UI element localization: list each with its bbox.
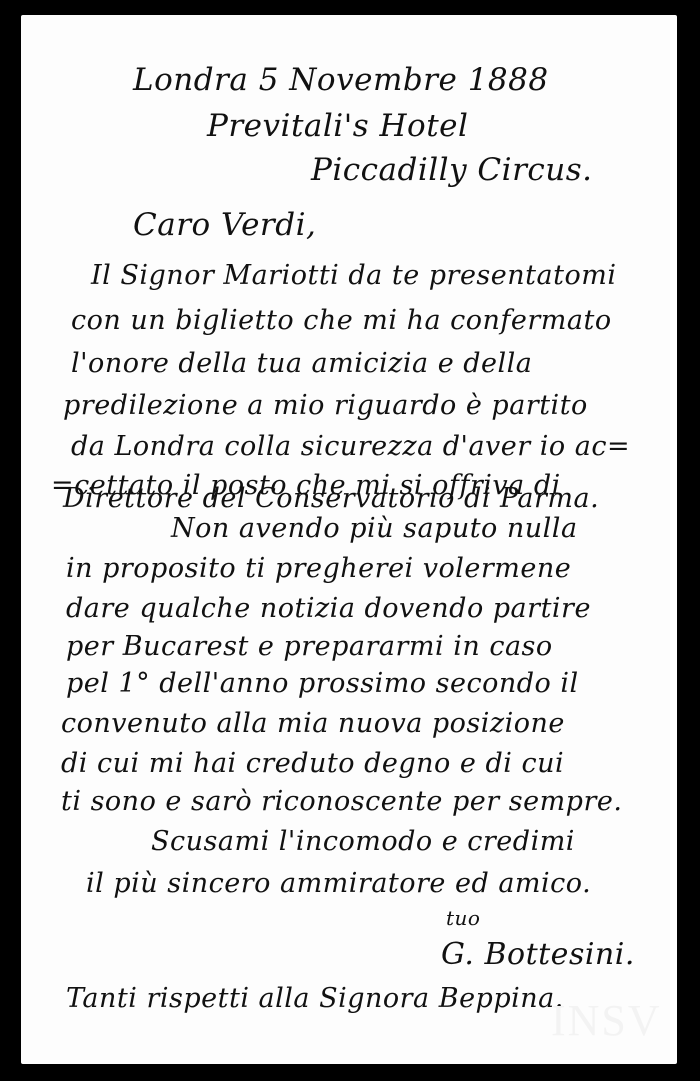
body-line-14: di cui mi hai creduto degno e di cui [61, 750, 564, 777]
body-line-10: dare qualche notizia dovendo partire [66, 595, 591, 622]
body-line-8: Non avendo più saputo nulla [171, 515, 578, 542]
address-line-street: Piccadilly Circus. [311, 155, 592, 186]
body-line-3: l'onore della tua amicizia e della [71, 350, 532, 377]
body-line-12: pel 1° dell'anno prossimo secondo il [66, 670, 579, 697]
body-line-9: in proposito ti pregherei volermene [66, 555, 571, 582]
postscript: Tanti rispetti alla Signora Beppina. [66, 985, 564, 1012]
letter-page: Londra 5 Novembre 1888 Previtali's Hotel… [21, 15, 677, 1064]
body-line-7: Direttore del Conservatorio di Parma. [63, 485, 599, 512]
body-line-2: con un biglietto che mi ha confermato [71, 307, 612, 334]
body-line-13: convenuto alla mia nuova posizione [61, 710, 565, 737]
body-line-16: Scusami l'incomodo e credimi [151, 828, 575, 855]
body-line-17: il più sincero ammiratore ed amico. [86, 870, 591, 897]
address-line-hotel: Previtali's Hotel [207, 111, 468, 142]
body-line-1: Il Signor Mariotti da te presentatomi [91, 262, 616, 289]
place-date-line: Londra 5 Novembre 1888 [133, 65, 549, 96]
signature: G. Bottesini. [441, 940, 635, 970]
body-line-15: ti sono e sarò riconoscente per sempre. [61, 788, 622, 815]
closing-word: tuo [446, 908, 480, 928]
body-line-11: per Bucarest e prepararmi in caso [66, 633, 553, 660]
salutation: Caro Verdi, [133, 210, 316, 241]
watermark: INSV [551, 995, 662, 1046]
body-line-4: predilezione a mio riguardo è partito [63, 392, 588, 419]
body-line-5: da Londra colla sicurezza d'aver io ac= [71, 433, 630, 460]
